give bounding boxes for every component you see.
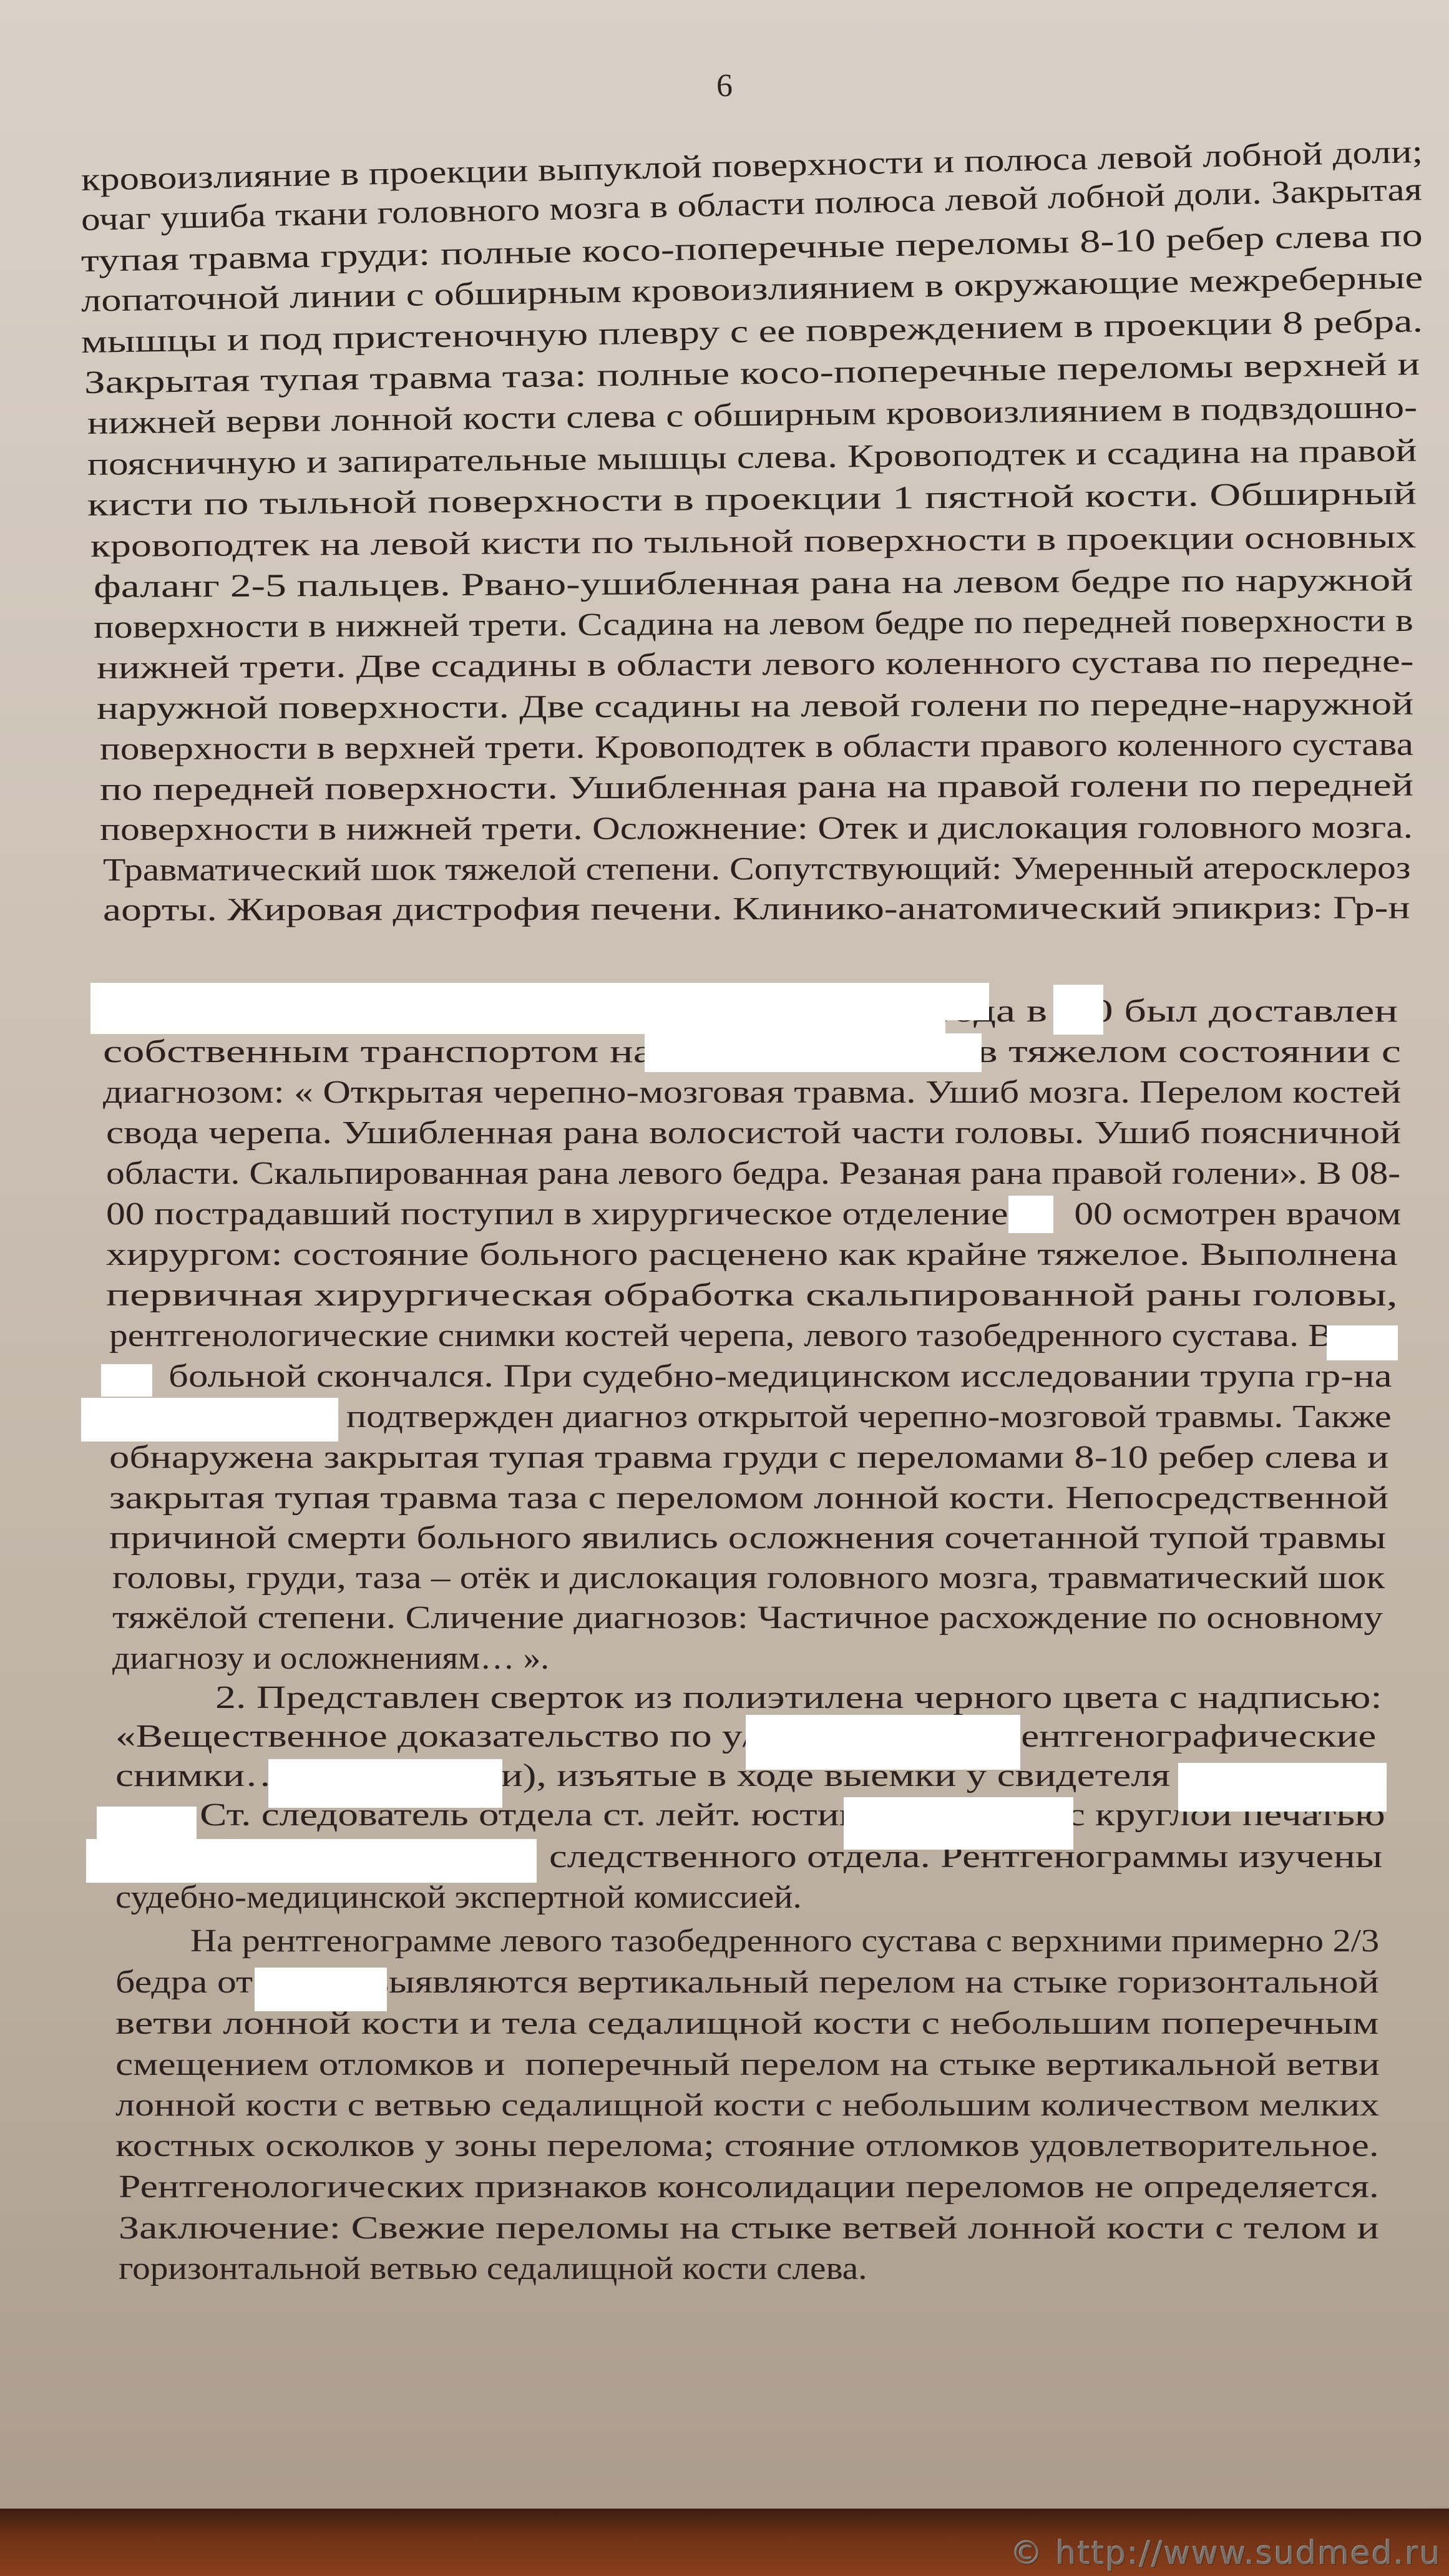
text-line: обнаружена закрытая тупая травма груди с… bbox=[109, 1438, 1388, 1477]
redaction-box bbox=[1178, 1763, 1387, 1812]
text-line: лонной кости с ветвью седалищной кости с… bbox=[115, 2086, 1379, 2125]
text-line: горизонтальной ветвью седалищной кости с… bbox=[119, 2250, 867, 2288]
text-line: свода черепа. Ушибленная рана волосистой… bbox=[106, 1114, 1401, 1153]
text-line: 2. Представлен сверток из полиэтилена че… bbox=[215, 1679, 1382, 1717]
text-line: головы, груди, таза – отёк и дислокация … bbox=[112, 1559, 1385, 1598]
redaction-box bbox=[844, 1797, 1073, 1850]
text-line: хирургом: состояние больного расценено к… bbox=[106, 1236, 1398, 1274]
text-line: по передней поверхности. Ушибленная рана… bbox=[100, 766, 1413, 809]
text-line: поверхности в нижней трети. Ссадина на л… bbox=[94, 602, 1413, 647]
text-line: причиной смерти больного явились осложне… bbox=[109, 1519, 1386, 1558]
text-line: области. Скальпированная рана левого бед… bbox=[106, 1154, 1400, 1193]
text-line: рентгенологические снимки костей черепа,… bbox=[109, 1317, 1333, 1355]
text-line: фаланг 2-5 пальцев. Рвано-ушибленная ран… bbox=[94, 561, 1413, 607]
redaction-box bbox=[1327, 1325, 1398, 1360]
text-line: диагнозом: « Открытая черепно-мозговая т… bbox=[103, 1073, 1401, 1112]
redaction-box bbox=[645, 1033, 982, 1072]
text-line: подтвержден диагноз открытой черепно-моз… bbox=[346, 1398, 1392, 1437]
watermark: © http://www.sudmed.ru bbox=[1010, 2535, 1442, 2572]
redaction-box bbox=[101, 1364, 152, 1397]
redaction-box bbox=[746, 1715, 1020, 1770]
text-line: нижней трети. Две ссадины в области лево… bbox=[97, 642, 1414, 688]
text-line: костных осколков у зоны перелома; стояни… bbox=[115, 2127, 1379, 2165]
text-line: 00 пострадавший поступил в хирургическое… bbox=[106, 1195, 1401, 1234]
text-line: Рентгенологических признаков консолидаци… bbox=[119, 2168, 1379, 2207]
redaction-box bbox=[255, 1968, 387, 2011]
text-line: Травматический шок тяжелой степени. Сопу… bbox=[103, 849, 1411, 890]
text-line: Заключение: Свежие переломы на стыке вет… bbox=[119, 2209, 1379, 2248]
text-line: наружной поверхности. Две ссадины на лев… bbox=[97, 685, 1413, 728]
text-line: первичная хирургическая обработка скальп… bbox=[106, 1276, 1398, 1315]
text-line: судебно-медицинской экспертной комиссией… bbox=[115, 1878, 802, 1917]
text-line: тяжёлой степени. Сличение диагнозов: Час… bbox=[112, 1599, 1383, 1637]
text-line: поверхности в верхней трети. Кровоподтек… bbox=[100, 726, 1413, 769]
text-line: На рентгенограмме левого тазобедренного … bbox=[190, 1922, 1379, 1961]
text-line: поверхности в нижней трети. Осложнение: … bbox=[100, 808, 1413, 849]
redaction-box bbox=[1008, 1196, 1053, 1233]
text-line: аорты. Жировая дистрофия печени. Клинико… bbox=[103, 889, 1410, 930]
redaction-box bbox=[1053, 985, 1103, 1035]
text-line: смещением отломков и поперечный перелом … bbox=[115, 2046, 1380, 2084]
text-line: закрытая тупая травма таза с переломом л… bbox=[109, 1479, 1388, 1518]
text-line: года в 00 был доставлен bbox=[936, 992, 1398, 1031]
redaction-box bbox=[90, 983, 989, 1020]
text-line: больной скончался. При судебно-медицинск… bbox=[168, 1357, 1392, 1396]
redaction-box bbox=[97, 1807, 197, 1841]
redaction-box bbox=[86, 1839, 537, 1883]
redaction-box bbox=[268, 1759, 502, 1808]
wooden-desk-background: © http://www.sudmed.ru bbox=[0, 2509, 1449, 2576]
redaction-box bbox=[81, 1398, 338, 1442]
page-number: 6 bbox=[716, 67, 733, 104]
text-line: диагнозу и осложнениям… ». bbox=[112, 1639, 549, 1678]
